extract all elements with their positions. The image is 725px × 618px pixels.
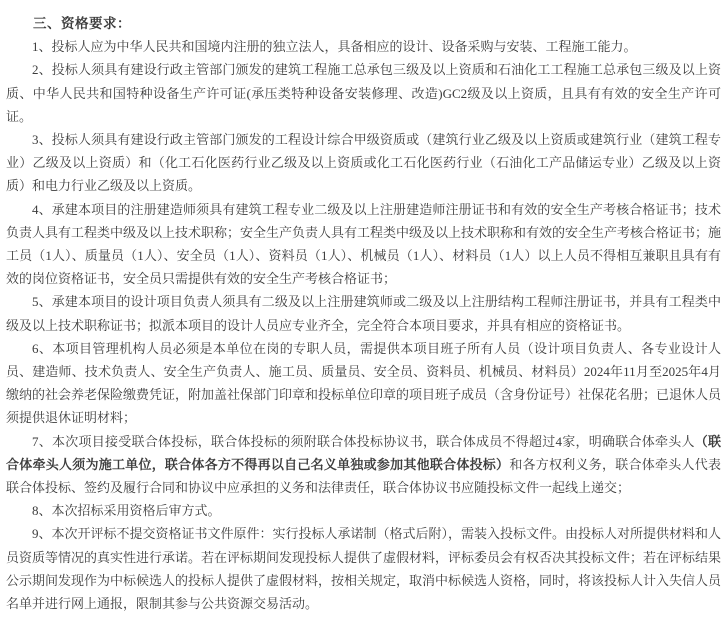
requirement-item-8: 8、本次招标采用资格后审方式。 bbox=[6, 499, 721, 522]
requirement-item-5: 5、承建本项目的设计项目负责人须具有二级及以上注册建筑师或二级及以上注册结构工程… bbox=[6, 290, 721, 336]
requirement-item-1: 1、投标人应为中华人民共和国境内注册的独立法人，具备相应的设计、设备采购与安装、… bbox=[6, 35, 721, 58]
requirement-item-6: 6、本项目管理机构人员必须是本单位在岗的专职人员，需提供本项目班子所有人员（设计… bbox=[6, 337, 721, 430]
requirement-item-7: 7、本次项目接受联合体投标，联合体投标的须附联合体投标协议书，联合体成员不得超过… bbox=[6, 430, 721, 500]
requirement-item-4: 4、承建本项目的注册建造师须具有建筑工程专业二级及以上注册建造师注册证书和有效的… bbox=[6, 198, 721, 291]
section-title: 三、资格要求： bbox=[6, 12, 721, 35]
requirement-item-7-pre: 7、本次项目接受联合体投标，联合体投标的须附联合体投标协议书，联合体成员不得超过… bbox=[32, 434, 695, 449]
requirement-item-3: 3、投标人须具有建设行政主管部门颁发的工程设计综合甲级资质或（建筑行业乙级及以上… bbox=[6, 128, 721, 198]
requirement-item-2: 2、投标人须具有建设行政主管部门颁发的建筑工程施工总承包三级及以上资质和石油化工… bbox=[6, 58, 721, 128]
requirement-item-9: 9、本次开评标不提交资格证书文件原件：实行投标人承诺制（格式后附），需装入投标文… bbox=[6, 522, 721, 615]
document-page: 三、资格要求： 1、投标人应为中华人民共和国境内注册的独立法人，具备相应的设计、… bbox=[0, 0, 725, 618]
